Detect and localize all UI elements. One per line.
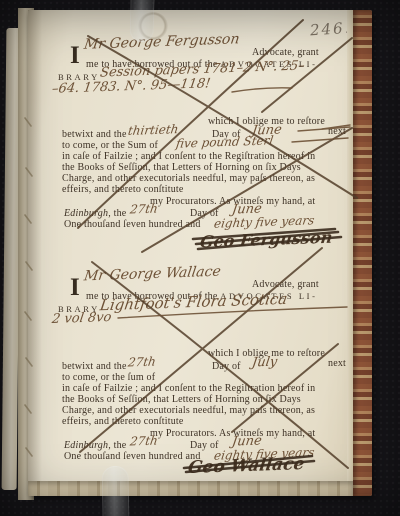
book-strap-bottom <box>102 466 130 516</box>
borrower-name: Mr George Wallace <box>83 265 222 284</box>
year-line: One thouſand ſeven hundred and <box>64 220 201 230</box>
next-label: next <box>328 127 346 137</box>
page-block-marbled-edge <box>353 10 372 496</box>
next-label: next <box>328 359 346 369</box>
books-of-session-line: the Books of Seſſion, that Letters of Ho… <box>62 163 301 173</box>
book-title-line1: Lightfoot's Flora Scotica <box>99 292 288 314</box>
year-written: eighty five years <box>213 214 315 230</box>
edinburgh-label: Edinburgh, <box>64 440 111 451</box>
betwixt-label: betwixt and the <box>62 130 127 140</box>
page-number: 246. <box>309 19 352 40</box>
sum-label: to come, or the Sum of <box>62 141 158 151</box>
book-title-line2: –64. 1783. N°. 95—118! <box>51 77 211 96</box>
charge-line: Charge, and other executorials needful, … <box>62 174 315 184</box>
day-of-label: Day of <box>212 362 241 372</box>
signed-day-written: 27th <box>129 434 159 447</box>
failzie-line: in caſe of Failzie ; and I conſent to th… <box>62 384 315 394</box>
year-line: One thouſand ſeven hundred and <box>64 452 201 462</box>
failzie-line: in caſe of Failzie ; and I conſent to th… <box>62 152 315 162</box>
advocate-grant-label: Advocate, grant <box>252 280 319 290</box>
edinburgh-line: Edinburgh, the <box>64 209 126 219</box>
register-page: 246. I Mr George Fergusson Advocate, gra… <box>28 10 372 496</box>
book-strap-top <box>129 0 154 42</box>
return-day-written: thirtieth <box>127 123 179 137</box>
edinburgh-label: Edinburgh, <box>64 208 111 219</box>
advocate-grant-label: Advocate, grant <box>252 48 319 58</box>
betwixt-label: betwixt and the <box>62 362 127 372</box>
signature-fergusson: Geo Fergusson <box>199 230 334 251</box>
return-month-written: July <box>251 356 278 370</box>
charge-line: Charge, and other executorials needful, … <box>62 406 315 416</box>
gutter-shadow <box>28 10 42 496</box>
sum-written: five pound Sterl <box>175 134 274 149</box>
book-title-line2: 2 vol 8vo <box>51 311 112 326</box>
photograph-of-register-page: 246. I Mr George Fergusson Advocate, gra… <box>0 0 400 516</box>
borrower-name: Mr George Fergusson <box>83 32 240 52</box>
drop-cap: I <box>70 43 80 68</box>
return-day-written: 27th <box>127 355 157 368</box>
effeirs-line: effeirs, and thereto conſtitute <box>62 417 184 427</box>
edinburgh-line: Edinburgh, the <box>64 441 126 451</box>
page-block-bottom-edge <box>28 481 353 496</box>
the-label: the <box>111 440 127 451</box>
the-label: the <box>111 208 127 219</box>
books-of-session-line: the Books of Seſſion, that Letters of Ho… <box>62 395 301 405</box>
signed-day-written: 27th <box>129 202 159 215</box>
signature-wallace: Geo Wallace <box>187 456 306 477</box>
page-surface: 246. I Mr George Fergusson Advocate, gra… <box>28 10 372 496</box>
effeirs-line: effeirs, and thereto conſtitute <box>62 185 184 195</box>
sum-label: to come, or the ſum of <box>62 373 155 383</box>
drop-cap: I <box>70 275 80 300</box>
